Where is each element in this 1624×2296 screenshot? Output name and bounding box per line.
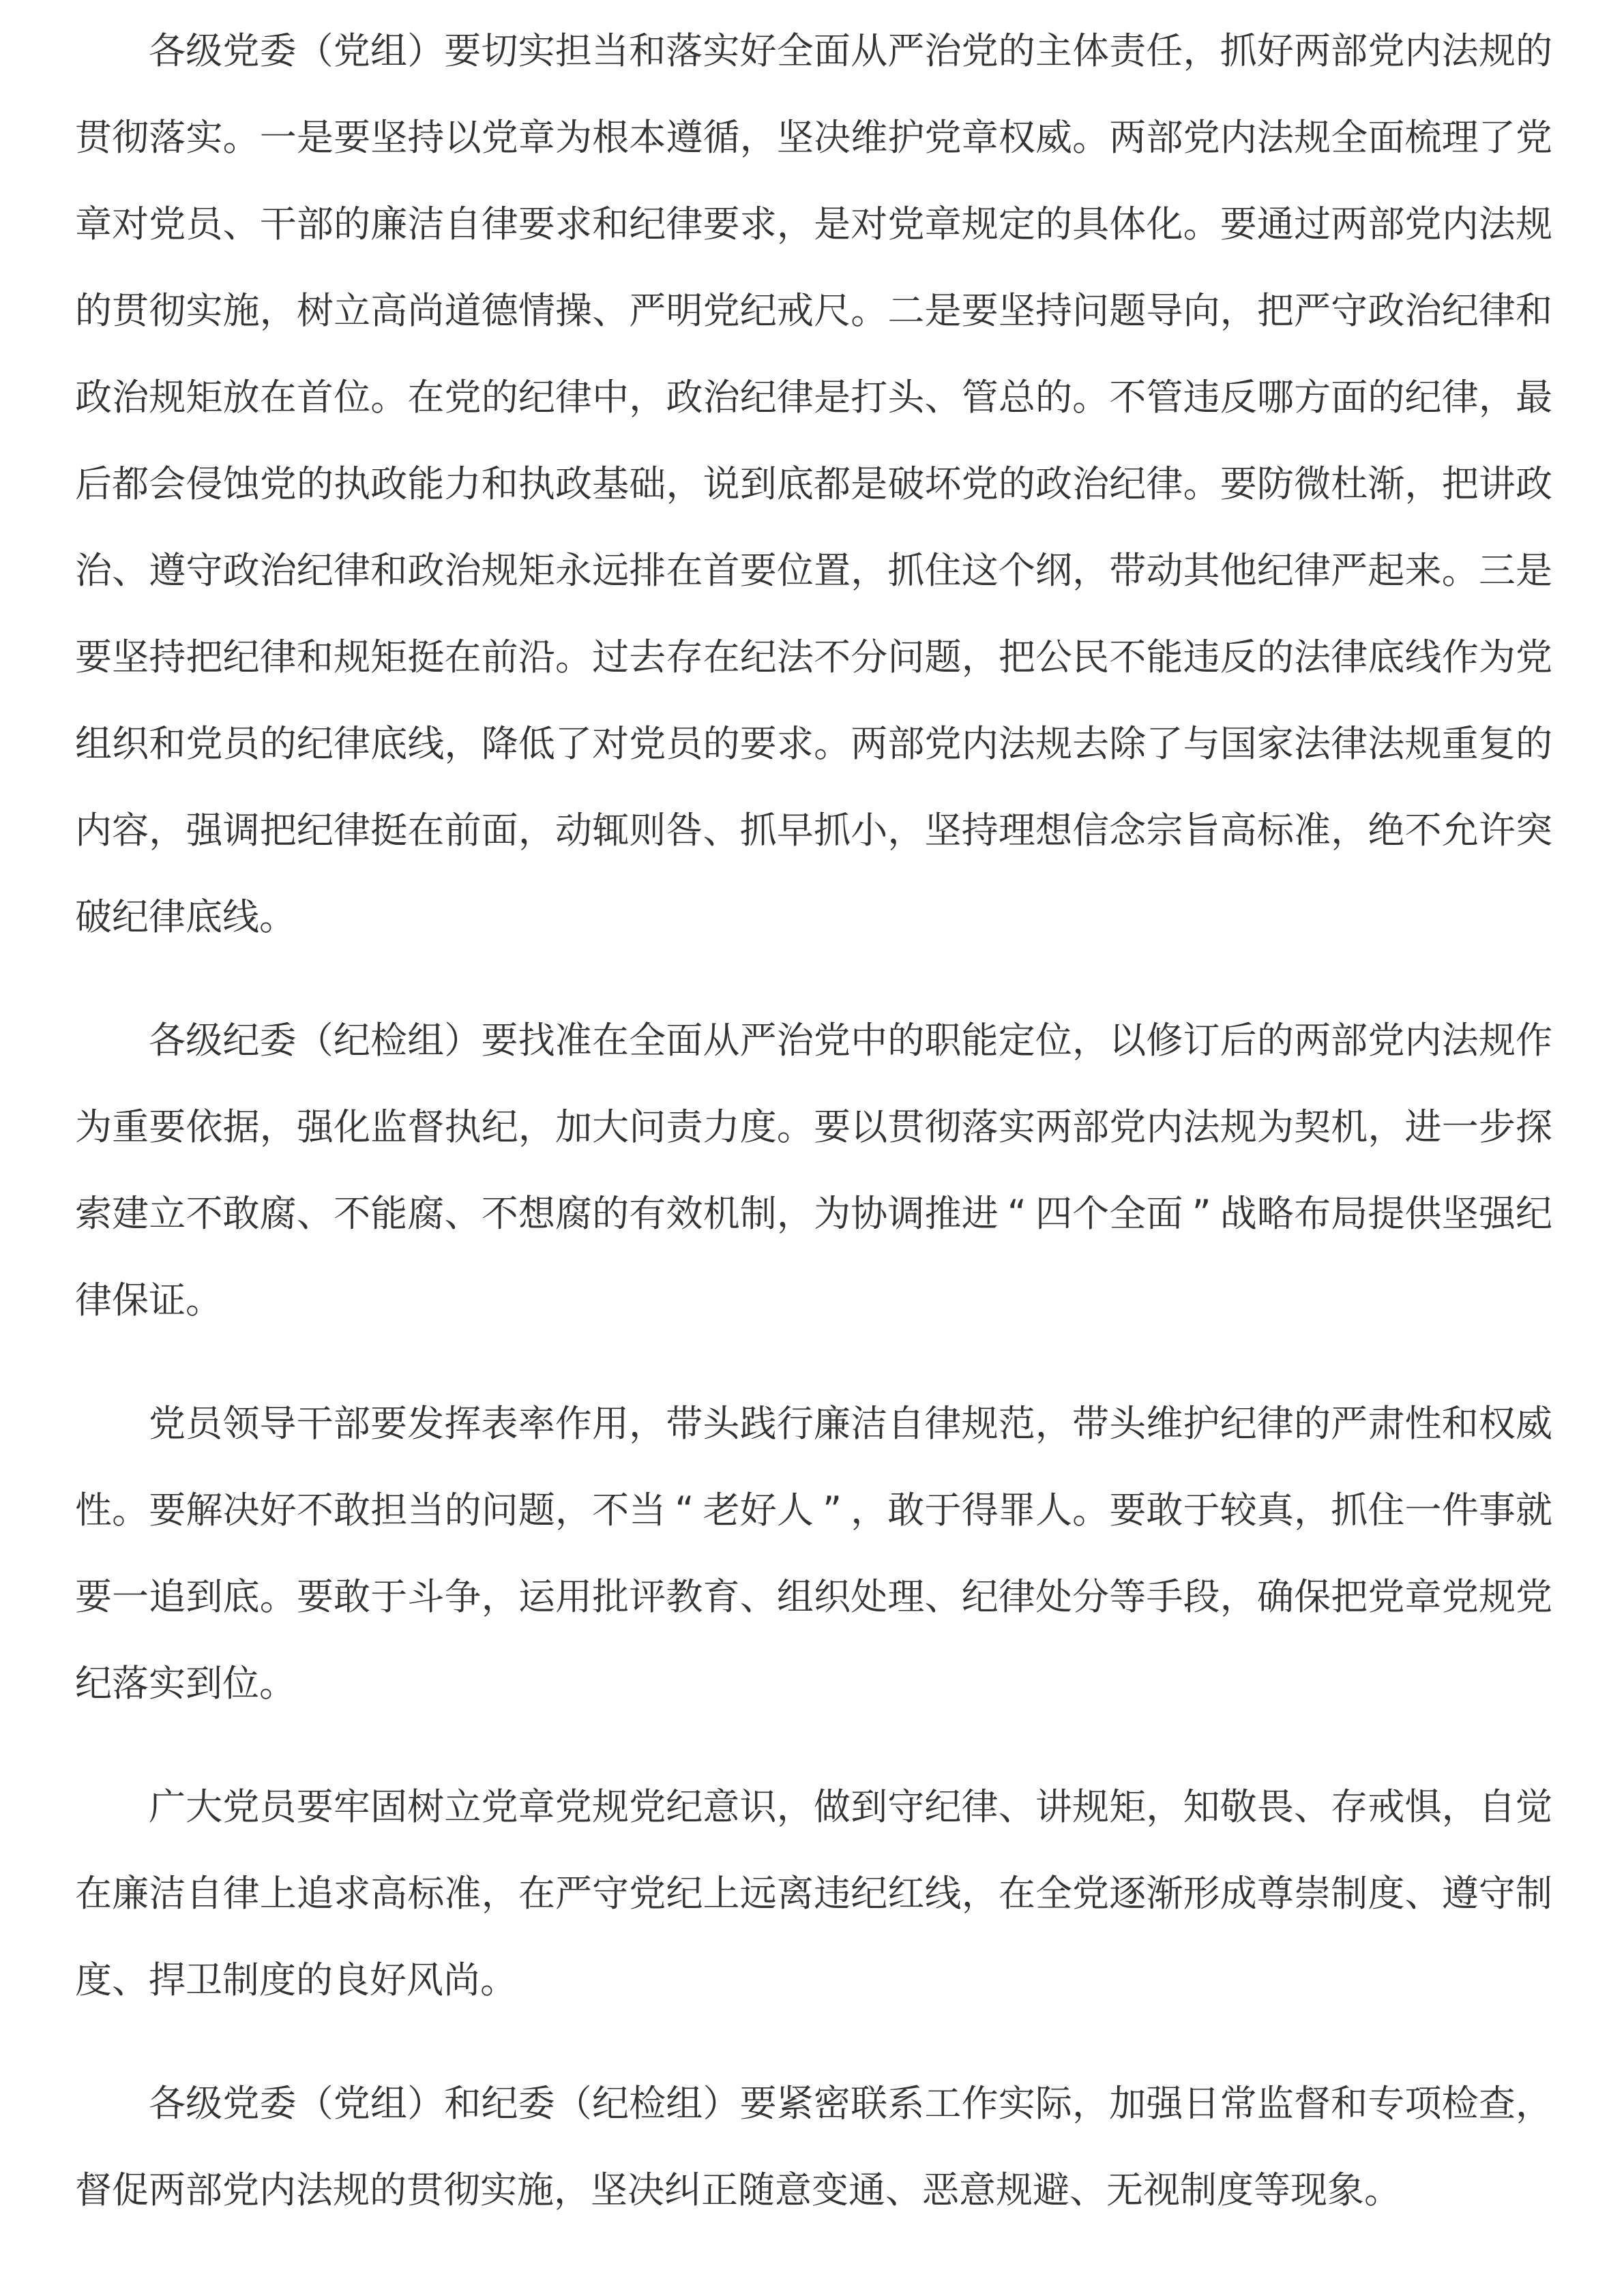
document-page: 各级党委（党组）要切实担当和落实好全面从严治党的主体责任，抓好两部党内法规的贯彻… bbox=[0, 0, 1624, 2261]
paragraph: 党员领导干部要发挥表率作用，带头践行廉洁自律规范，带头维护纪律的严肃性和权威性。… bbox=[75, 1380, 1552, 1727]
paragraph: 各级纪委（纪检组）要找准在全面从严治党中的职能定位，以修订后的两部党内法规作为重… bbox=[75, 997, 1552, 1343]
paragraph: 各级党委（党组）和纪委（纪检组）要紧密联系工作实际，加强日常监督和专项检查，督促… bbox=[75, 2060, 1552, 2233]
paragraph: 各级党委（党组）要切实担当和落实好全面从严治党的主体责任，抓好两部党内法规的贯彻… bbox=[75, 8, 1552, 960]
paragraph: 广大党员要牢固树立党章党规党纪意识，做到守纪律、讲规矩，知敬畏、存戒惧，自觉在廉… bbox=[75, 1763, 1552, 2023]
